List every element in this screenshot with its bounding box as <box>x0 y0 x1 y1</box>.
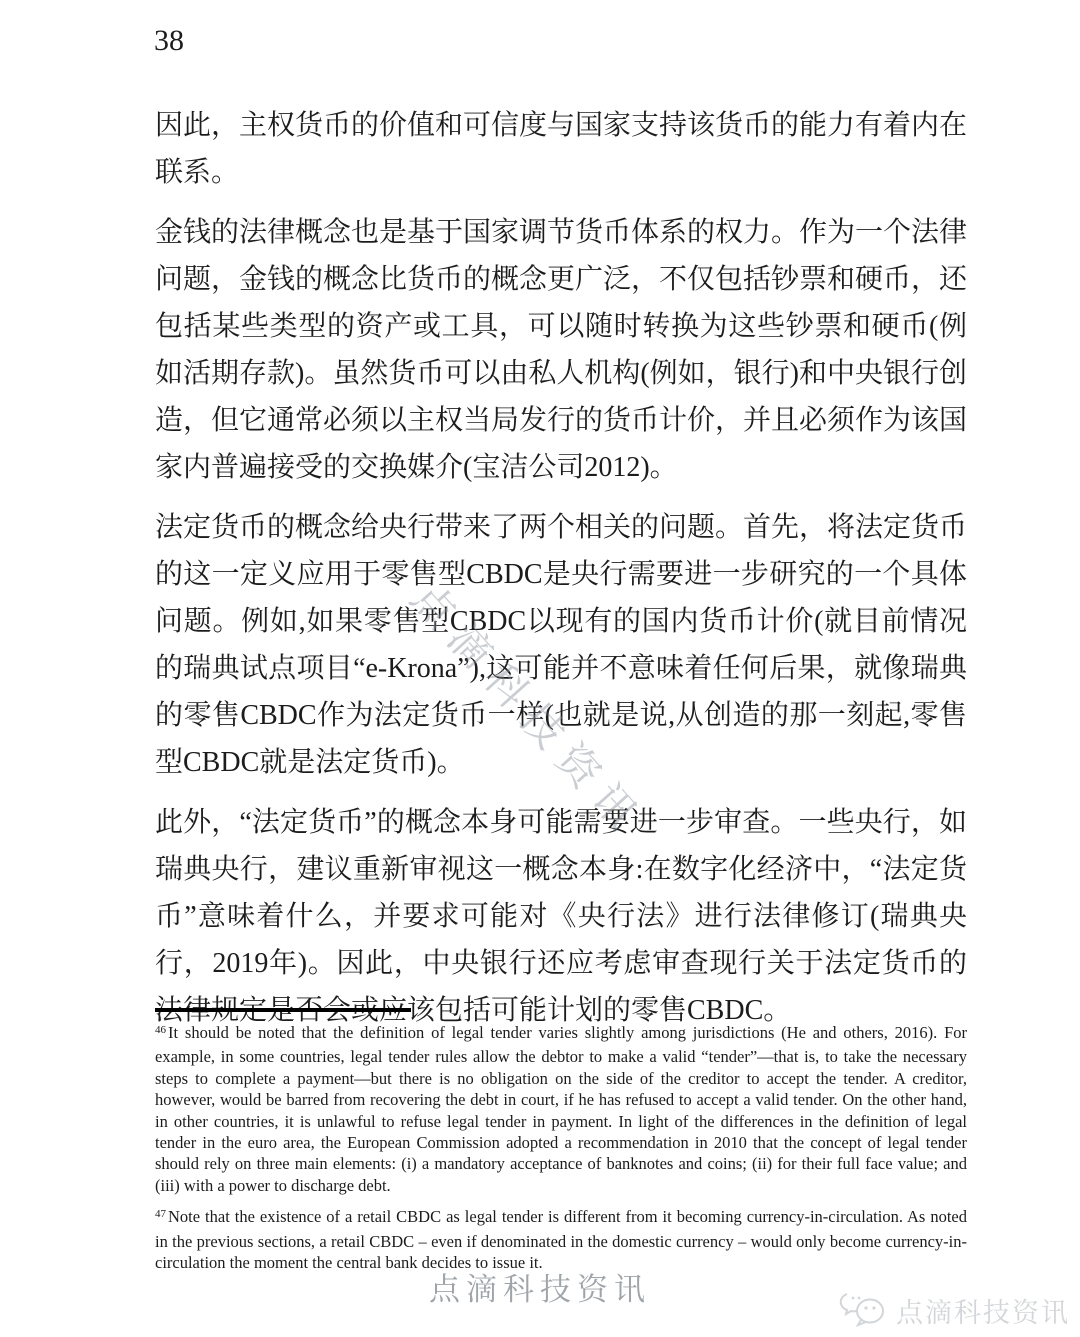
footnote-47-text: Note that the existence of a retail CBDC… <box>155 1207 967 1272</box>
paragraph-legal-concept-of-money: 金钱的法律概念也是基于国家调节货币体系的权力。作为一个法律问题，金钱的概念比货币… <box>155 209 967 491</box>
page-number: 38 <box>154 24 184 58</box>
footnote-46-marker: 46 <box>155 1024 168 1036</box>
wechat-chat-bubbles-icon <box>839 1286 891 1335</box>
document-page: 38 因此，主权货币的价值和可信度与国家支持该货币的能力有着内在联系。 金钱的法… <box>0 0 1080 1337</box>
footer-corner-watermark-text: 点滴科技资讯 <box>896 1291 1070 1330</box>
paragraph-sovereign-currency: 因此，主权货币的价值和可信度与国家支持该货币的能力有着内在联系。 <box>155 102 967 196</box>
footnote-46-text: It should be noted that the definition o… <box>155 1023 967 1195</box>
paragraph-legal-tender-cbdc: 法定货币的概念给央行带来了两个相关的问题。首先，将法定货币的这一定义应用于零售型… <box>155 504 967 786</box>
paragraph-legal-tender-review: 此外，“法定货币”的概念本身可能需要进一步审查。一些央行，如瑞典央行，建议重新审… <box>155 799 967 1034</box>
footnote-46: 46It should be noted that the definition… <box>155 1022 967 1196</box>
footer-corner-watermark: 点滴科技资讯 <box>839 1286 1070 1335</box>
body-text: 因此，主权货币的价值和可信度与国家支持该货币的能力有着内在联系。 金钱的法律概念… <box>155 102 967 1047</box>
footnote-separator-rule <box>155 1008 411 1012</box>
footnotes-section: 46It should be noted that the definition… <box>155 1008 967 1283</box>
footnote-47-marker: 47 <box>155 1208 168 1220</box>
